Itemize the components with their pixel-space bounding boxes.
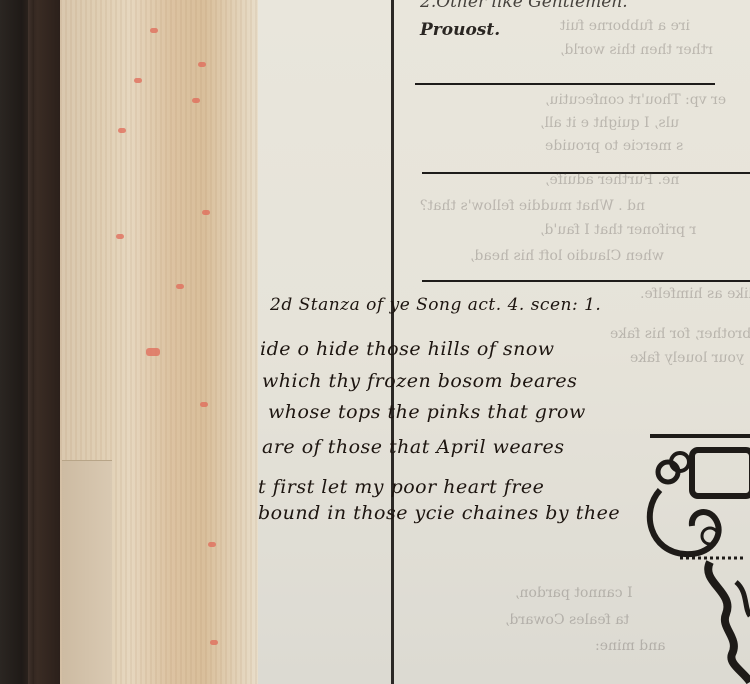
printed-header-partial: 2.Other like Gentlemen. bbox=[420, 0, 628, 12]
red-fleck bbox=[116, 234, 124, 239]
show-through-text: rther then this world, bbox=[560, 42, 713, 58]
show-through-text: ne. Further aduife, bbox=[545, 172, 679, 188]
torn-endpaper bbox=[62, 460, 112, 684]
show-through-text: your louely fake bbox=[630, 350, 744, 366]
handwritten-line: ide o hide those hills of snow bbox=[260, 338, 555, 360]
red-fleck bbox=[146, 348, 160, 356]
handwritten-line: bound in those ycie chaines by thee bbox=[258, 502, 620, 524]
show-through-text: our brother, for his fake bbox=[610, 326, 750, 342]
red-fleck bbox=[176, 284, 184, 289]
manuscript-photo: 2.Other like Gentlemen. Prouost. ire a f… bbox=[0, 0, 750, 684]
show-through-text: like as himfelfe. bbox=[640, 286, 750, 302]
handwritten-heading: 2d Stanza of ye Song act. 4. scen: 1. bbox=[270, 295, 601, 315]
red-fleck bbox=[118, 128, 126, 133]
red-fleck bbox=[210, 640, 218, 645]
handwritten-line: whose tops the pinks that grow bbox=[268, 401, 586, 423]
book-binding bbox=[0, 0, 62, 684]
show-through-text: s mercie to prouide bbox=[545, 138, 683, 154]
show-through-text: when Claudio loft his head, bbox=[470, 248, 664, 264]
show-through-text: ire a fubborne fuit bbox=[560, 18, 690, 34]
show-through-text: r prifoner that I fau'd, bbox=[540, 222, 696, 238]
printed-rule bbox=[422, 280, 750, 282]
red-fleck bbox=[202, 210, 210, 215]
show-through-text: nd . What muddie fellow's that? bbox=[420, 198, 645, 214]
handwritten-line: which thy frozen bosom beares bbox=[262, 370, 577, 392]
red-fleck bbox=[198, 62, 206, 67]
red-fleck bbox=[192, 98, 200, 103]
printed-rule bbox=[415, 83, 715, 85]
red-fleck bbox=[200, 402, 208, 407]
show-through-text: I cannot pardon, bbox=[515, 585, 633, 601]
handwritten-line: t first let my poor heart free bbox=[258, 476, 544, 498]
red-fleck bbox=[134, 78, 142, 83]
show-through-text: uls, I quight e it all, bbox=[540, 115, 679, 131]
printers-ornament-icon bbox=[640, 432, 750, 684]
red-fleck bbox=[208, 542, 216, 547]
red-fleck bbox=[150, 28, 158, 33]
show-through-text: er vp: Thou'rt confecutiu, bbox=[545, 92, 726, 108]
printed-speaker-name: Prouost. bbox=[420, 20, 500, 40]
show-through-text: ta feales Coward, bbox=[505, 612, 629, 628]
handwritten-line: are of those that April weares bbox=[262, 436, 565, 458]
